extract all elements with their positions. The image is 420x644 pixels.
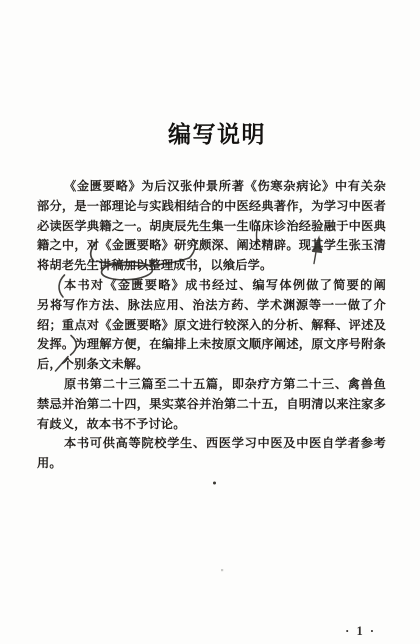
text-line: 有歧义，故本书不予讨论。 bbox=[37, 415, 386, 435]
text-line: 绍；重点对《金匮要略》原文进行较深入的分析、解释、评述及 bbox=[37, 316, 386, 336]
paragraph-4: 本书可供高等院校学生、西医学习中医及中医自学者参考之用。 bbox=[37, 434, 386, 474]
text-line: 原书第二十三篇至二十五篇，即杂疗方第二十三、禽兽鱼虫 bbox=[37, 375, 386, 395]
text-line: 发挥。为理解方便，在编排上未按原文顺序阐述，原文序号附条 bbox=[37, 335, 386, 355]
text-line: 用。 bbox=[37, 454, 386, 474]
ink-dot bbox=[213, 482, 216, 485]
text-line: 部分，是一部理论与实践相结合的中医经典著作，为学习中医者 bbox=[37, 197, 386, 217]
text-line: 将胡老先生讲稿加以整理成书，以飨后学。 bbox=[37, 256, 386, 276]
text-line: 本书可供高等院校学生、西医学习中医及中医自学者参考之 bbox=[37, 434, 386, 454]
paragraph-3: 原书第二十三篇至二十五篇，即杂疗方第二十三、禽兽鱼虫禁忌并治第二十四，果实菜谷并… bbox=[37, 375, 386, 434]
paragraph-1: 《金匮要略》为后汉张仲景所著《伤寒杂病论》中有关杂病部分，是一部理论与实践相结合… bbox=[37, 177, 386, 276]
text-line: 《金匮要略》为后汉张仲景所著《伤寒杂病论》中有关杂病 bbox=[37, 177, 386, 197]
body-text: 《金匮要略》为后汉张仲景所著《伤寒杂病论》中有关杂病部分，是一部理论与实践相结合… bbox=[37, 177, 386, 474]
text-line: 禁忌并治第二十四，果实菜谷并治第二十五，自明清以来注家多 bbox=[37, 395, 386, 415]
page-number: · 1 · bbox=[345, 624, 376, 639]
text-line: 籍之中，对《金匮要略》研究颇深、阐述精辟。现其学生张玉清 bbox=[37, 236, 386, 256]
paragraph-2: 本书对《金匮要略》成书经过、编写体例做了简要的阐述，另将写作方法、脉法应用、治法… bbox=[37, 276, 386, 375]
text-line: 必读医学典籍之一。胡庚辰先生集一生临床诊治经验融于中医典 bbox=[37, 217, 386, 237]
text-line: 另将写作方法、脉法应用、治法方药、学术渊源等一一做了介 bbox=[37, 296, 386, 316]
text-line: 本书对《金匮要略》成书经过、编写体例做了简要的阐述， bbox=[37, 276, 386, 296]
page-title: 编写说明 bbox=[36, 117, 392, 151]
scanned-book-page: 编写说明 《金匮要略》为后汉张仲景所著《伤寒杂病论》中有关杂病部分，是一部理论与… bbox=[0, 0, 420, 644]
faint-speck bbox=[221, 569, 223, 571]
text-line: 后，个别条文未解。 bbox=[37, 355, 386, 375]
